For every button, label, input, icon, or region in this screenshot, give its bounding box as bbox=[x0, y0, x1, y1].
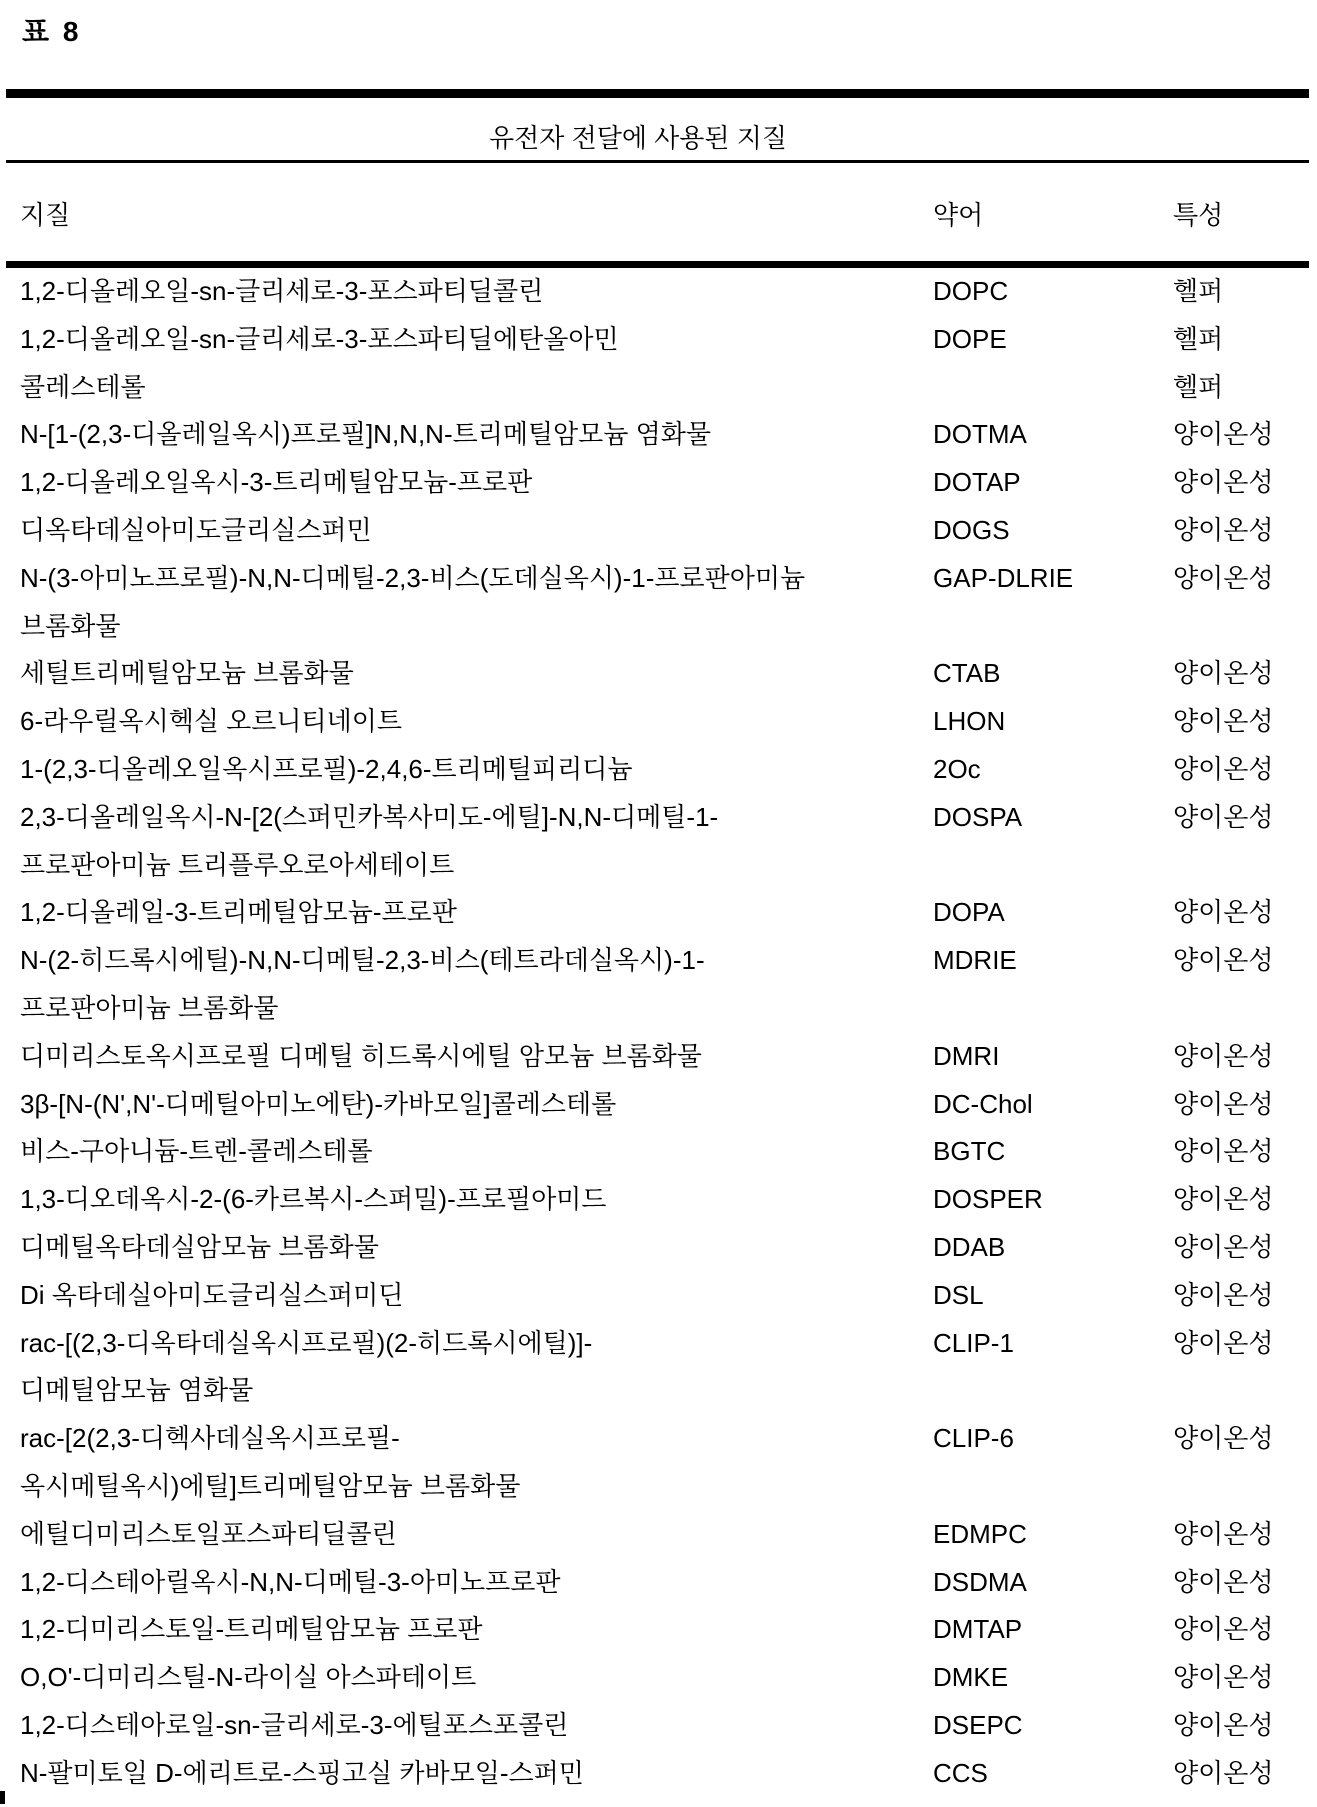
lipid-abbr: DOPE bbox=[933, 316, 1007, 364]
lipid-property: 양이온성 bbox=[1173, 1176, 1273, 1224]
table-row-line: 1-(2,3-디올레오일옥시프로필)-2,4,6-트리메틸피리디늄2Oc양이온성 bbox=[0, 746, 1317, 794]
lipid-abbr: CLIP-1 bbox=[933, 1320, 1014, 1368]
table-row: O,O'-디미리스틸-N-라이실 아스파테이트DMKE양이온성 bbox=[0, 1654, 1317, 1702]
lipid-name: 3β-[N-(N',N'-디메틸아미노에탄)-카바모일]콜레스테롤 bbox=[20, 1081, 616, 1129]
lipid-property: 양이온성 bbox=[1173, 555, 1273, 603]
lipid-abbr: EDMPC bbox=[933, 1511, 1027, 1559]
lipid-abbr: CTAB bbox=[933, 650, 1000, 698]
column-header-lipid: 지질 bbox=[20, 190, 70, 240]
lipid-property: 양이온성 bbox=[1173, 411, 1273, 459]
table-row: 1,2-디스테아릴옥시-N,N-디메틸-3-아미노프로판DSDMA양이온성 bbox=[0, 1559, 1317, 1607]
lipid-abbr: DOTMA bbox=[933, 411, 1027, 459]
table-row: 1,2-디올레오일-sn-글리세로-3-포스파티딜에탄올아민DOPE헬퍼 bbox=[0, 316, 1317, 364]
lipid-name: 1,2-디스테아릴옥시-N,N-디메틸-3-아미노프로판 bbox=[20, 1559, 561, 1607]
table-row-line: 옥시메틸옥시)에틸]트리메틸암모늄 브롬화물 bbox=[0, 1463, 1317, 1511]
table-row: 콜레스테롤헬퍼 bbox=[0, 364, 1317, 412]
lipid-name: N-팔미토일 D-에리트로-스핑고실 카바모일-스퍼민 bbox=[20, 1750, 584, 1798]
lipid-property: 양이온성 bbox=[1173, 1033, 1273, 1081]
table-row-line: 1,2-디스테아릴옥시-N,N-디메틸-3-아미노프로판DSDMA양이온성 bbox=[0, 1559, 1317, 1607]
table-row-line: 디메틸옥타데실암모늄 브롬화물DDAB양이온성 bbox=[0, 1224, 1317, 1272]
lipid-property: 양이온성 bbox=[1173, 650, 1273, 698]
table-row-line: 디메틸암모늄 염화물 bbox=[0, 1367, 1317, 1415]
document-page: 표 8 유전자 전달에 사용된 지질 지질 약어 특성 1,2-디올레오일-sn… bbox=[0, 0, 1317, 1807]
lipid-name: 1,2-디미리스토일-트리메틸암모늄 프로판 bbox=[20, 1606, 483, 1654]
table-row: 세틸트리메틸암모늄 브롬화물CTAB양이온성 bbox=[0, 650, 1317, 698]
column-header-abbr: 약어 bbox=[933, 190, 983, 240]
lipid-abbr: MDRIE bbox=[933, 937, 1017, 985]
lipid-property: 양이온성 bbox=[1173, 1702, 1273, 1750]
table-row: 1,2-디올레오일-sn-글리세로-3-포스파티딜콜린DOPC헬퍼 bbox=[0, 268, 1317, 316]
lipid-name: 6-라우릴옥시헥실 오르니티네이트 bbox=[20, 698, 402, 746]
lipid-abbr: DOTAP bbox=[933, 459, 1021, 507]
lipid-abbr: DMRI bbox=[933, 1033, 999, 1081]
table-title: 유전자 전달에 사용된 지질 bbox=[0, 118, 1276, 155]
table-row: rac-[(2,3-디옥타데실옥시프로필)(2-히드록시에틸)]-CLIP-1양… bbox=[0, 1320, 1317, 1416]
table-row: 1,2-디미리스토일-트리메틸암모늄 프로판DMTAP양이온성 bbox=[0, 1606, 1317, 1654]
lipid-property: 양이온성 bbox=[1173, 794, 1273, 842]
table-row: 비스-구아니듐-트렌-콜레스테롤BGTC양이온성 bbox=[0, 1128, 1317, 1176]
page-artifact-mark bbox=[0, 1791, 5, 1804]
table-row-line: 콜레스테롤헬퍼 bbox=[0, 364, 1317, 412]
table-row-line: 디옥타데실아미도글리실스퍼민DOGS양이온성 bbox=[0, 507, 1317, 555]
table-row: N-[1-(2,3-디올레일옥시)프로필]N,N,N-트리메틸암모늄 염화물DO… bbox=[0, 411, 1317, 459]
lipid-abbr: DMTAP bbox=[933, 1606, 1022, 1654]
lipid-property: 헬퍼 bbox=[1173, 316, 1223, 364]
title-separator-rule bbox=[6, 160, 1309, 163]
lipid-name: 콜레스테롤 bbox=[20, 364, 146, 412]
lipid-property: 헬퍼 bbox=[1173, 268, 1223, 316]
top-rule bbox=[6, 89, 1309, 98]
table-row-line: N-팔미토일 D-에리트로-스핑고실 카바모일-스퍼민CCS양이온성 bbox=[0, 1750, 1317, 1798]
lipid-abbr: DOPA bbox=[933, 889, 1005, 937]
lipid-name: 1,2-디올레오일-sn-글리세로-3-포스파티딜콜린 bbox=[20, 268, 543, 316]
table-row-line: rac-[2(2,3-디헥사데실옥시프로필-CLIP-6양이온성 bbox=[0, 1415, 1317, 1463]
lipid-property: 양이온성 bbox=[1173, 1081, 1273, 1129]
table-row-line: 에틸디미리스토일포스파티딜콜린EDMPC양이온성 bbox=[0, 1511, 1317, 1559]
table-row: 디메틸옥타데실암모늄 브롬화물DDAB양이온성 bbox=[0, 1224, 1317, 1272]
table-row: N-팔미토일 D-에리트로-스핑고실 카바모일-스퍼민CCS양이온성 bbox=[0, 1750, 1317, 1798]
lipid-abbr: DOGS bbox=[933, 507, 1010, 555]
lipid-name: 1,2-디스테아로일-sn-글리세로-3-에틸포스포콜린 bbox=[20, 1702, 568, 1750]
lipid-name: 비스-구아니듐-트렌-콜레스테롤 bbox=[20, 1128, 372, 1176]
lipid-name: 디메틸옥타데실암모늄 브롬화물 bbox=[20, 1224, 379, 1272]
table-row-line: O,O'-디미리스틸-N-라이실 아스파테이트DMKE양이온성 bbox=[0, 1654, 1317, 1702]
table-row-line: 비스-구아니듐-트렌-콜레스테롤BGTC양이온성 bbox=[0, 1128, 1317, 1176]
lipid-abbr: LHON bbox=[933, 698, 1005, 746]
lipid-abbr: DSDMA bbox=[933, 1559, 1027, 1607]
table-row: N-(3-아미노프로필)-N,N-디메틸-2,3-비스(도데실옥시)-1-프로판… bbox=[0, 555, 1317, 651]
table-row: Di 옥타데실아미도글리실스퍼미딘DSL양이온성 bbox=[0, 1272, 1317, 1320]
table-row-line: 프로판아미늄 트리플루오로아세테이트 bbox=[0, 842, 1317, 890]
table-row: N-(2-히드록시에틸)-N,N-디메틸-2,3-비스(테트라데실옥시)-1-M… bbox=[0, 937, 1317, 1033]
lipid-name: 디미리스토옥시프로필 디메틸 히드록시에틸 암모늄 브롬화물 bbox=[20, 1033, 702, 1081]
lipid-name: 프로판아미늄 트리플루오로아세테이트 bbox=[20, 842, 454, 890]
table-row: rac-[2(2,3-디헥사데실옥시프로필-CLIP-6양이온성옥시메틸옥시)에… bbox=[0, 1415, 1317, 1511]
lipid-name: N-[1-(2,3-디올레일옥시)프로필]N,N,N-트리메틸암모늄 염화물 bbox=[20, 411, 711, 459]
lipid-name: 프로판아미늄 브롬화물 bbox=[20, 985, 278, 1033]
lipid-abbr: DSEPC bbox=[933, 1702, 1023, 1750]
table-row: 디미리스토옥시프로필 디메틸 히드록시에틸 암모늄 브롬화물DMRI양이온성 bbox=[0, 1033, 1317, 1081]
table-row-line: 브롬화물 bbox=[0, 603, 1317, 651]
table-row-line: 2,3-디올레일옥시-N-[2(스퍼민카복사미도-에틸]-N,N-디메틸-1-D… bbox=[0, 794, 1317, 842]
table-row-line: N-[1-(2,3-디올레일옥시)프로필]N,N,N-트리메틸암모늄 염화물DO… bbox=[0, 411, 1317, 459]
table-label: 표 8 bbox=[22, 10, 81, 50]
lipid-property: 양이온성 bbox=[1173, 1654, 1273, 1702]
lipid-property: 양이온성 bbox=[1173, 1559, 1273, 1607]
table-header-row: 지질 약어 특성 bbox=[0, 190, 1317, 240]
lipid-property: 양이온성 bbox=[1173, 698, 1273, 746]
lipid-abbr: CLIP-6 bbox=[933, 1415, 1014, 1463]
table-row-line: 1,2-디올레일-3-트리메틸암모늄-프로판DOPA양이온성 bbox=[0, 889, 1317, 937]
table-body: 1,2-디올레오일-sn-글리세로-3-포스파티딜콜린DOPC헬퍼1,2-디올레… bbox=[0, 268, 1317, 1798]
table-row: 1,3-디오데옥시-2-(6-카르복시-스퍼밀)-프로필아미드DOSPER양이온… bbox=[0, 1176, 1317, 1224]
lipid-property: 양이온성 bbox=[1173, 1511, 1273, 1559]
lipid-name: 디메틸암모늄 염화물 bbox=[20, 1367, 253, 1415]
lipid-property: 양이온성 bbox=[1173, 937, 1273, 985]
table-row: 2,3-디올레일옥시-N-[2(스퍼민카복사미도-에틸]-N,N-디메틸-1-D… bbox=[0, 794, 1317, 890]
lipid-name: 2,3-디올레일옥시-N-[2(스퍼민카복사미도-에틸]-N,N-디메틸-1- bbox=[20, 794, 718, 842]
lipid-property: 양이온성 bbox=[1173, 1320, 1273, 1368]
lipid-name: O,O'-디미리스틸-N-라이실 아스파테이트 bbox=[20, 1654, 476, 1702]
lipid-abbr: DC-Chol bbox=[933, 1081, 1033, 1129]
table-row-line: N-(2-히드록시에틸)-N,N-디메틸-2,3-비스(테트라데실옥시)-1-M… bbox=[0, 937, 1317, 985]
table-row: 3β-[N-(N',N'-디메틸아미노에탄)-카바모일]콜레스테롤DC-Chol… bbox=[0, 1081, 1317, 1129]
lipid-abbr: BGTC bbox=[933, 1128, 1005, 1176]
lipid-name: N-(3-아미노프로필)-N,N-디메틸-2,3-비스(도데실옥시)-1-프로판… bbox=[20, 555, 805, 603]
table-row-line: 세틸트리메틸암모늄 브롬화물CTAB양이온성 bbox=[0, 650, 1317, 698]
lipid-abbr: CCS bbox=[933, 1750, 988, 1798]
lipid-abbr: DSL bbox=[933, 1272, 984, 1320]
lipid-name: 에틸디미리스토일포스파티딜콜린 bbox=[20, 1511, 397, 1559]
header-separator-rule bbox=[6, 261, 1309, 268]
column-header-property: 특성 bbox=[1173, 190, 1223, 240]
table-row: 에틸디미리스토일포스파티딜콜린EDMPC양이온성 bbox=[0, 1511, 1317, 1559]
lipid-abbr: DOSPA bbox=[933, 794, 1022, 842]
table-row-line: rac-[(2,3-디옥타데실옥시프로필)(2-히드록시에틸)]-CLIP-1양… bbox=[0, 1320, 1317, 1368]
table-row-line: 1,2-디올레오일-sn-글리세로-3-포스파티딜에탄올아민DOPE헬퍼 bbox=[0, 316, 1317, 364]
table-row: 1,2-디올레오일옥시-3-트리메틸암모늄-프로판DOTAP양이온성 bbox=[0, 459, 1317, 507]
lipid-property: 양이온성 bbox=[1173, 1128, 1273, 1176]
lipid-name: 브롬화물 bbox=[20, 603, 120, 651]
table-row: 1,2-디올레일-3-트리메틸암모늄-프로판DOPA양이온성 bbox=[0, 889, 1317, 937]
table-row-line: 1,2-디올레오일옥시-3-트리메틸암모늄-프로판DOTAP양이온성 bbox=[0, 459, 1317, 507]
lipid-abbr: DMKE bbox=[933, 1654, 1008, 1702]
table-row: 6-라우릴옥시헥실 오르니티네이트LHON양이온성 bbox=[0, 698, 1317, 746]
lipid-name: 세틸트리메틸암모늄 브롬화물 bbox=[20, 650, 354, 698]
lipid-property: 헬퍼 bbox=[1173, 364, 1223, 412]
lipid-abbr: DDAB bbox=[933, 1224, 1005, 1272]
lipid-name: 옥시메틸옥시)에틸]트리메틸암모늄 브롬화물 bbox=[20, 1463, 520, 1511]
table-row-line: 프로판아미늄 브롬화물 bbox=[0, 985, 1317, 1033]
lipid-property: 양이온성 bbox=[1173, 459, 1273, 507]
lipid-name: 1,2-디올레오일-sn-글리세로-3-포스파티딜에탄올아민 bbox=[20, 316, 619, 364]
lipid-name: rac-[2(2,3-디헥사데실옥시프로필- bbox=[20, 1415, 400, 1463]
lipid-name: 디옥타데실아미도글리실스퍼민 bbox=[20, 507, 372, 555]
lipid-property: 양이온성 bbox=[1173, 1272, 1273, 1320]
table-row-line: 3β-[N-(N',N'-디메틸아미노에탄)-카바모일]콜레스테롤DC-Chol… bbox=[0, 1081, 1317, 1129]
lipid-property: 양이온성 bbox=[1173, 507, 1273, 555]
lipid-name: 1,2-디올레일-3-트리메틸암모늄-프로판 bbox=[20, 889, 457, 937]
table-row-line: 6-라우릴옥시헥실 오르니티네이트LHON양이온성 bbox=[0, 698, 1317, 746]
table-row-line: 디미리스토옥시프로필 디메틸 히드록시에틸 암모늄 브롬화물DMRI양이온성 bbox=[0, 1033, 1317, 1081]
lipid-property: 양이온성 bbox=[1173, 889, 1273, 937]
table-row: 1,2-디스테아로일-sn-글리세로-3-에틸포스포콜린DSEPC양이온성 bbox=[0, 1702, 1317, 1750]
lipid-name: 1,3-디오데옥시-2-(6-카르복시-스퍼밀)-프로필아미드 bbox=[20, 1176, 606, 1224]
table-row: 디옥타데실아미도글리실스퍼민DOGS양이온성 bbox=[0, 507, 1317, 555]
table-row-line: 1,2-디스테아로일-sn-글리세로-3-에틸포스포콜린DSEPC양이온성 bbox=[0, 1702, 1317, 1750]
table-row-line: N-(3-아미노프로필)-N,N-디메틸-2,3-비스(도데실옥시)-1-프로판… bbox=[0, 555, 1317, 603]
lipid-name: 1-(2,3-디올레오일옥시프로필)-2,4,6-트리메틸피리디늄 bbox=[20, 746, 632, 794]
lipid-property: 양이온성 bbox=[1173, 1224, 1273, 1272]
table-row-line: 1,2-디올레오일-sn-글리세로-3-포스파티딜콜린DOPC헬퍼 bbox=[0, 268, 1317, 316]
lipid-name: Di 옥타데실아미도글리실스퍼미딘 bbox=[20, 1272, 403, 1320]
lipid-property: 양이온성 bbox=[1173, 1415, 1273, 1463]
lipid-property: 양이온성 bbox=[1173, 1750, 1273, 1798]
lipid-name: rac-[(2,3-디옥타데실옥시프로필)(2-히드록시에틸)]- bbox=[20, 1320, 592, 1368]
lipid-abbr: DOPC bbox=[933, 268, 1008, 316]
lipid-property: 양이온성 bbox=[1173, 746, 1273, 794]
lipid-name: 1,2-디올레오일옥시-3-트리메틸암모늄-프로판 bbox=[20, 459, 532, 507]
table-row: 1-(2,3-디올레오일옥시프로필)-2,4,6-트리메틸피리디늄2Oc양이온성 bbox=[0, 746, 1317, 794]
lipid-property: 양이온성 bbox=[1173, 1606, 1273, 1654]
table-row-line: 1,3-디오데옥시-2-(6-카르복시-스퍼밀)-프로필아미드DOSPER양이온… bbox=[0, 1176, 1317, 1224]
lipid-name: N-(2-히드록시에틸)-N,N-디메틸-2,3-비스(테트라데실옥시)-1- bbox=[20, 937, 705, 985]
table-row-line: Di 옥타데실아미도글리실스퍼미딘DSL양이온성 bbox=[0, 1272, 1317, 1320]
table-row-line: 1,2-디미리스토일-트리메틸암모늄 프로판DMTAP양이온성 bbox=[0, 1606, 1317, 1654]
lipid-abbr: 2Oc bbox=[933, 746, 981, 794]
lipid-abbr: DOSPER bbox=[933, 1176, 1043, 1224]
lipid-abbr: GAP-DLRIE bbox=[933, 555, 1073, 603]
